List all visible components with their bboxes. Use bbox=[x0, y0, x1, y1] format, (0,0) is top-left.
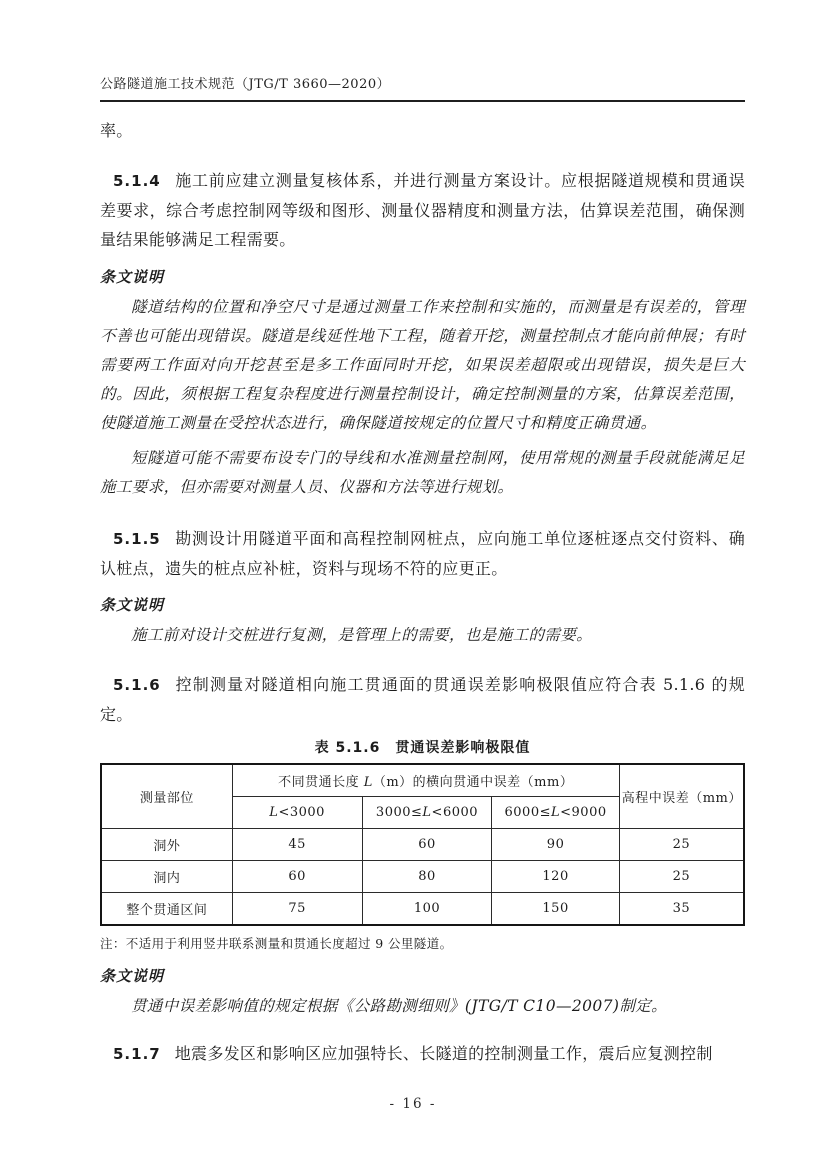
clause-5-1-6-number: 5.1.6 bbox=[113, 676, 161, 694]
table-title: 表 5.1.6 贯通误差影响极限值 bbox=[100, 739, 745, 757]
header-cell-measure-part: 测量部位 bbox=[101, 764, 232, 829]
table-note: 注：不适用于利用竖井联系测量和贯通长度超过 9 公里隧道。 bbox=[100, 935, 745, 952]
commentary-1-paragraph-1: 隧道结构的位置和净空尺寸是通过测量工作来控制和实施的，而测量是有误差的，管理不善… bbox=[100, 293, 745, 438]
clause-5-1-6: 5.1.6控制测量对隧道相向施工贯通面的贯通误差影响极限值应符合表 5.1.6 … bbox=[100, 670, 745, 729]
running-header: 公路隧道施工技术规范（JTG/T 3660—2020） bbox=[100, 76, 745, 93]
span-header-post: （m）的横向贯通中误差（mm） bbox=[373, 775, 573, 790]
clause-5-1-6-text: 控制测量对隧道相向施工贯通面的贯通误差影响极限值应符合表 5.1.6 的规定。 bbox=[100, 675, 745, 724]
clause-5-1-5: 5.1.5勘测设计用隧道平面和高程控制网桩点，应向施工单位逐桩逐点交付资料、确认… bbox=[100, 524, 745, 583]
row-label: 洞内 bbox=[101, 861, 232, 893]
clause-5-1-4: 5.1.4施工前应建立测量复核体系，并进行测量方案设计。应根据隧道规模和贯通误差… bbox=[100, 166, 745, 254]
limit-values-table: 测量部位 不同贯通长度 L（m）的横向贯通中误差（mm） 高程中误差（mm） L… bbox=[100, 763, 745, 926]
clause-5-1-7: 5.1.7地震多发区和影响区应加强特长、长隧道的控制测量工作，震后应复测控制 bbox=[100, 1039, 745, 1069]
commentary-1-paragraph-2: 短隧道可能不需要布设专门的导线和水准测量控制网，使用常规的测量手段就能满足足施工… bbox=[100, 444, 745, 502]
header-rule bbox=[100, 100, 745, 102]
cell-value: 60 bbox=[232, 861, 362, 893]
subheader-2-post: <6000 bbox=[432, 805, 478, 820]
clause-5-1-4-number: 5.1.4 bbox=[113, 172, 161, 190]
cell-value: 90 bbox=[492, 829, 619, 861]
header-cell-elevation: 高程中误差（mm） bbox=[619, 764, 744, 829]
subheader-3-post: <9000 bbox=[560, 805, 606, 820]
subheader-cell-3: 6000≤L<9000 bbox=[492, 797, 619, 829]
header-cell-span: 不同贯通长度 L（m）的横向贯通中误差（mm） bbox=[232, 764, 619, 797]
clause-5-1-4-text: 施工前应建立测量复核体系，并进行测量方案设计。应根据隧道规模和贯通误差要求，综合… bbox=[100, 171, 745, 249]
carryover-paragraph: 率。 bbox=[100, 120, 745, 142]
page-number: - 16 - bbox=[0, 1096, 826, 1112]
subheader-cell-2: 3000≤L<6000 bbox=[362, 797, 492, 829]
subheader-cell-1: L<3000 bbox=[232, 797, 362, 829]
subheader-1-post: <3000 bbox=[278, 805, 324, 820]
table-row-inside: 洞内 60 80 120 25 bbox=[101, 861, 744, 893]
cell-value: 45 bbox=[232, 829, 362, 861]
cell-value: 80 bbox=[362, 861, 492, 893]
subheader-2-variable: L bbox=[422, 805, 431, 820]
cell-value: 25 bbox=[619, 829, 744, 861]
cell-value: 25 bbox=[619, 861, 744, 893]
table-row-whole-section: 整个贯通区间 75 100 150 35 bbox=[101, 893, 744, 926]
row-label: 洞外 bbox=[101, 829, 232, 861]
clause-5-1-7-number: 5.1.7 bbox=[113, 1045, 161, 1063]
cell-value: 120 bbox=[492, 861, 619, 893]
document-page: 公路隧道施工技术规范（JTG/T 3660—2020） 率。 5.1.4施工前应… bbox=[0, 0, 826, 1169]
clause-5-1-5-text: 勘测设计用隧道平面和高程控制网桩点，应向施工单位逐桩逐点交付资料、确认桩点，遗失… bbox=[100, 529, 745, 578]
subheader-2-pre: 3000≤ bbox=[376, 805, 422, 820]
span-header-pre: 不同贯通长度 bbox=[278, 775, 364, 790]
commentary-label-1: 条文说明 bbox=[100, 267, 745, 287]
commentary-3-paragraph-1: 贯通中误差影响值的规定根据《公路勘测细则》(JTG/T C10—2007)制定。 bbox=[100, 992, 745, 1021]
commentary-2-paragraph-1: 施工前对设计交桩进行复测，是管理上的需要，也是施工的需要。 bbox=[100, 621, 745, 650]
subheader-3-pre: 6000≤ bbox=[505, 805, 551, 820]
subheader-3-variable: L bbox=[551, 805, 560, 820]
clause-5-1-7-text: 地震多发区和影响区应加强特长、长隧道的控制测量工作，震后应复测控制 bbox=[175, 1044, 713, 1063]
cell-value: 35 bbox=[619, 893, 744, 926]
span-header-variable: L bbox=[364, 775, 373, 790]
cell-value: 100 bbox=[362, 893, 492, 926]
commentary-label-3: 条文说明 bbox=[100, 966, 745, 986]
cell-value: 75 bbox=[232, 893, 362, 926]
clause-5-1-5-number: 5.1.5 bbox=[113, 530, 161, 548]
cell-value: 150 bbox=[492, 893, 619, 926]
table-row-outside: 洞外 45 60 90 25 bbox=[101, 829, 744, 861]
row-label: 整个贯通区间 bbox=[101, 893, 232, 926]
commentary-label-2: 条文说明 bbox=[100, 595, 745, 615]
cell-value: 60 bbox=[362, 829, 492, 861]
table-header-row-1: 测量部位 不同贯通长度 L（m）的横向贯通中误差（mm） 高程中误差（mm） bbox=[101, 764, 744, 797]
